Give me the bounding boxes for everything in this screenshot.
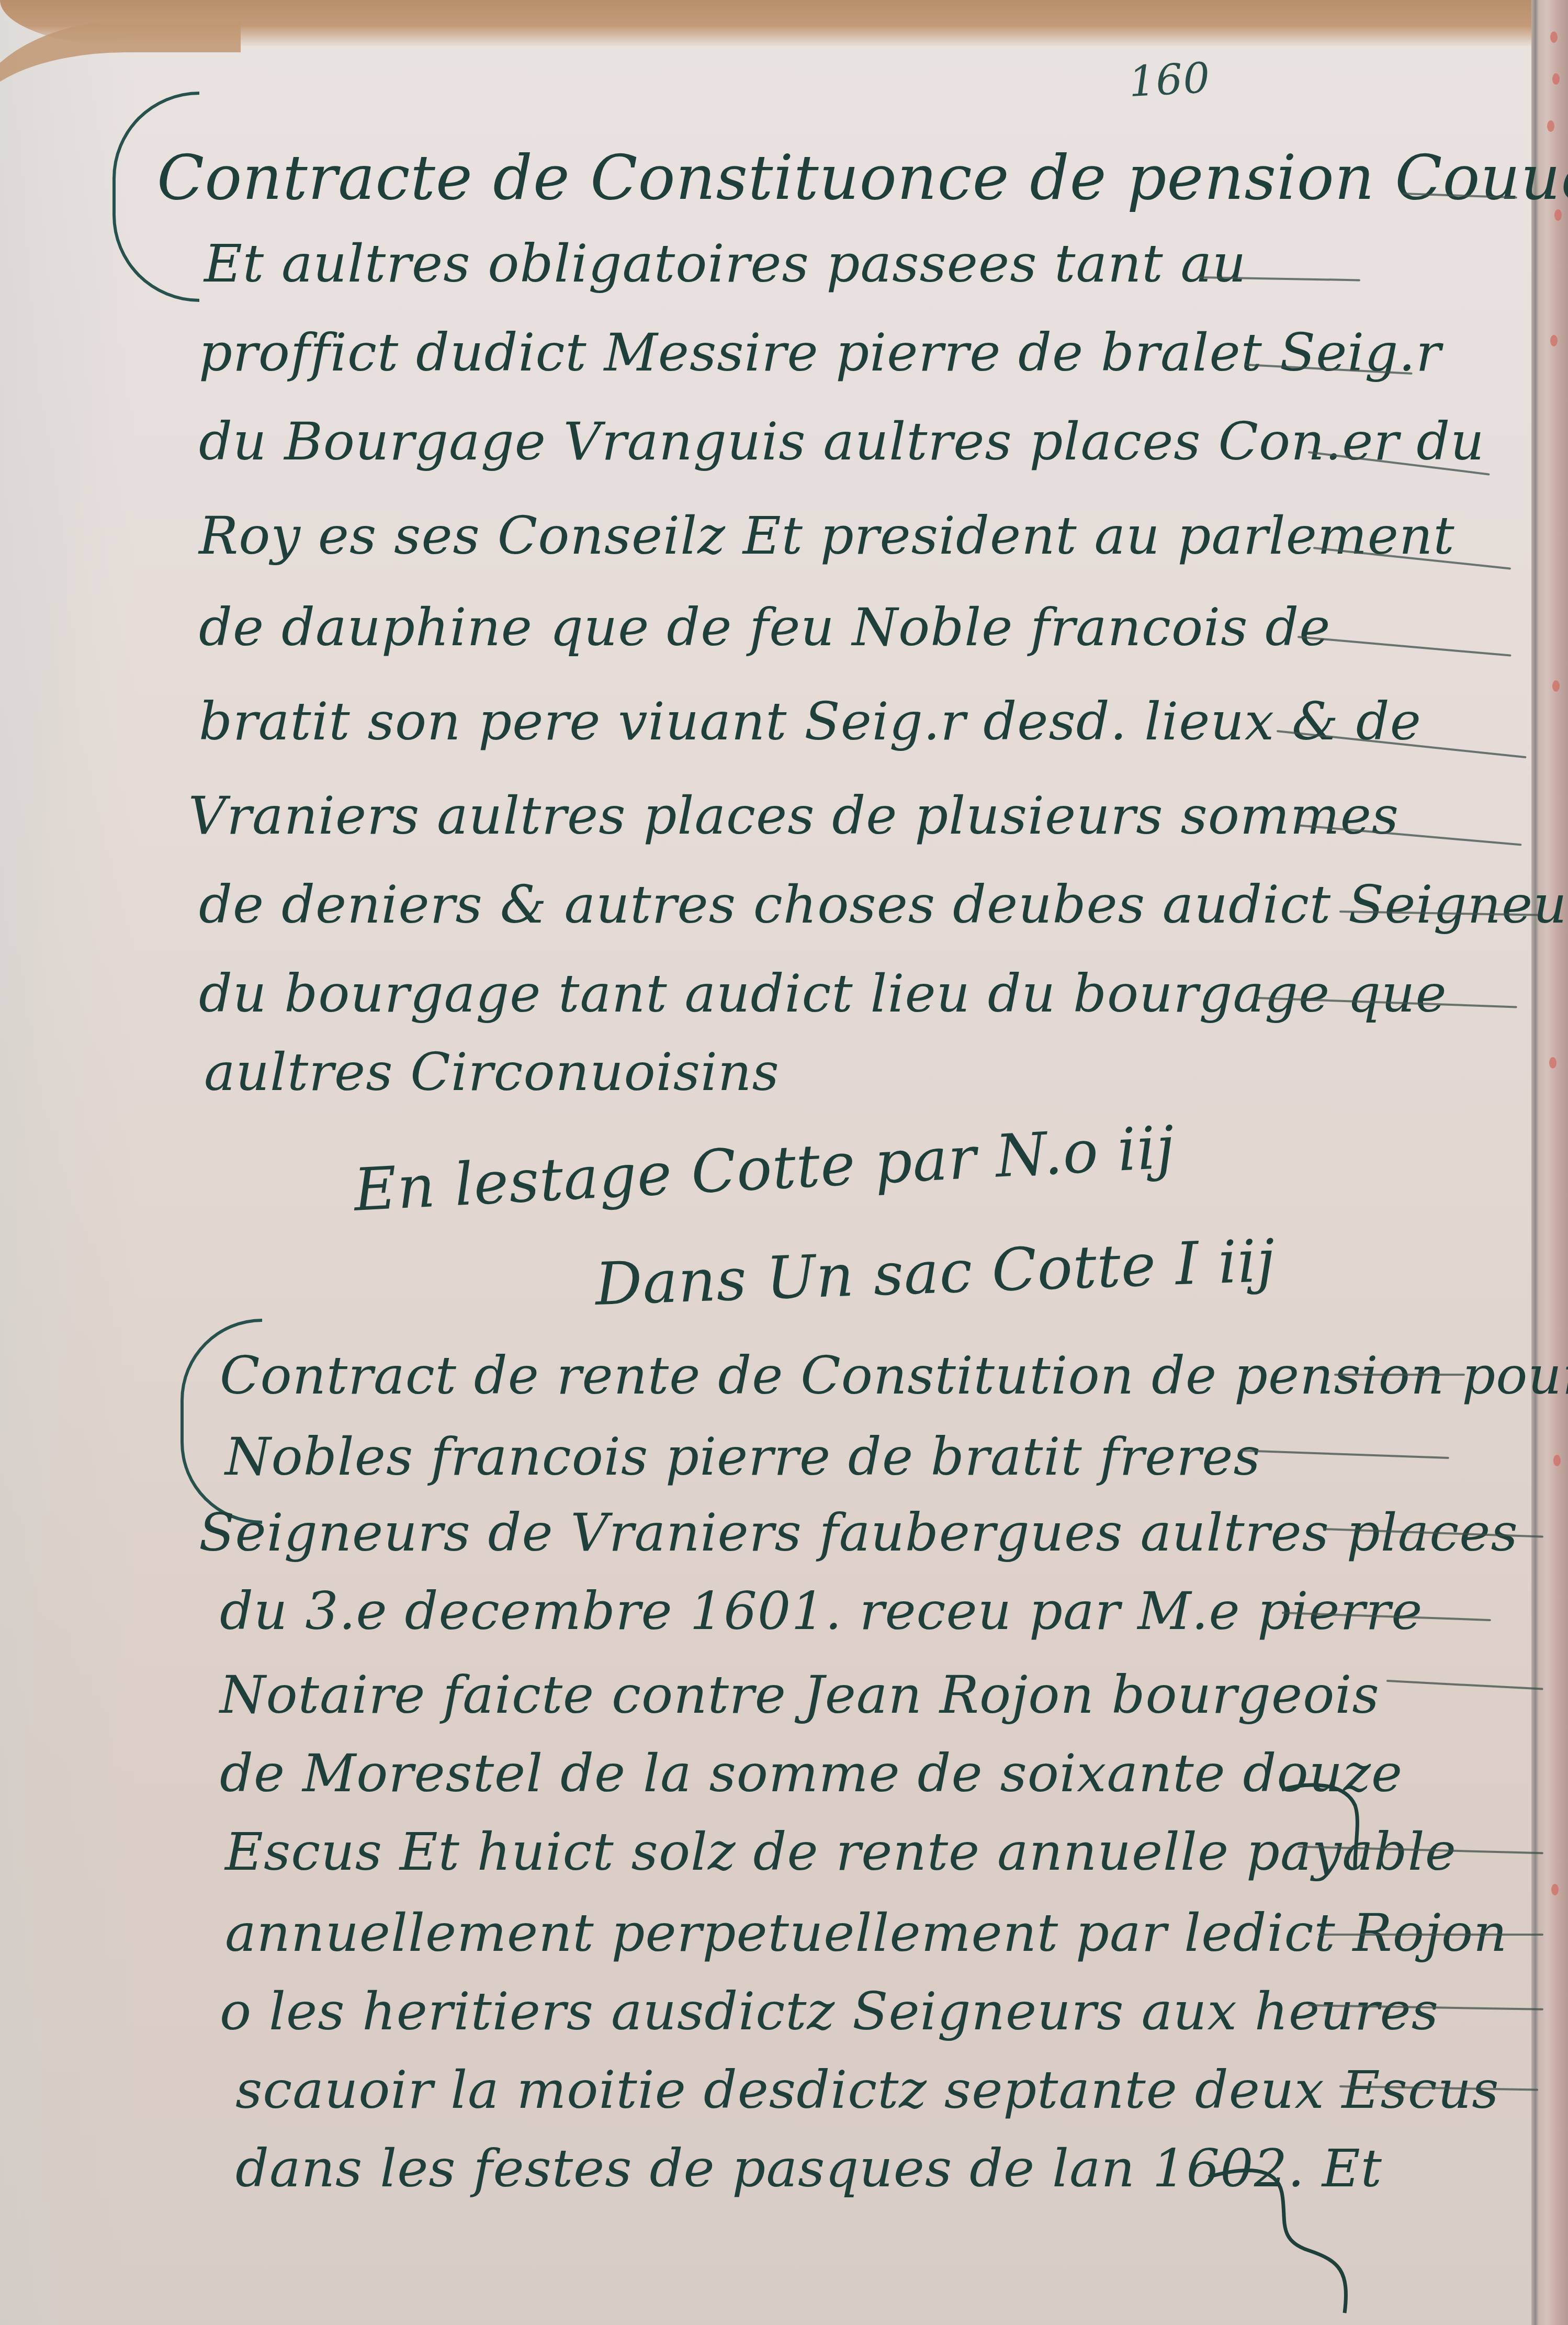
- folio-number: 160: [1127, 53, 1211, 106]
- red-speck: [1553, 1455, 1561, 1466]
- entry2-line: Notaire faicte contre Jean Rojon bourgeo…: [220, 1664, 1380, 1725]
- entry2-line: Seigneurs de Vraniers faubergues aultres…: [199, 1502, 1518, 1563]
- entry2-line: o les heritiers ausdictz Seigneurs aux h…: [220, 1981, 1439, 2042]
- bag-heading: Dans Un sac Cotte I iij: [594, 1227, 1276, 1319]
- entry2-line: annuellement perpetuellement par ledict …: [225, 1902, 1508, 1963]
- line-filler-dash: [1386, 1680, 1543, 1690]
- red-speck: [1549, 1057, 1556, 1069]
- bracket-flourish: [1277, 1769, 1381, 1873]
- entry1-line: Et aultres obligatoires passees tant au: [204, 233, 1246, 294]
- entry1-line: bratit son pere viuant Seig.r desd. lieu…: [199, 691, 1422, 752]
- entry2-line: du 3.e decembre 1601. receu par M.e pier…: [220, 1580, 1423, 1642]
- closing-brace-flourish: [1203, 2135, 1371, 2323]
- entry1-line: du bourgage tant audict lieu du bourgage…: [199, 963, 1447, 1024]
- entry2-line: Nobles francois pierre de bratit freres: [225, 1426, 1261, 1487]
- storage-heading: En lestage Cotte par N.o iij: [352, 1114, 1177, 1225]
- entry2-line: de Morestel de la somme de soixante douz…: [220, 1743, 1403, 1804]
- entry1-line: de dauphine que de feu Noble francois de: [199, 597, 1331, 658]
- entry2-line: Escus Et huict solz de rente annuelle pa…: [225, 1821, 1457, 1882]
- line-filler-dash: [1318, 1934, 1543, 1936]
- entry1-line: de deniers & autres choses deubes audict…: [199, 874, 1568, 935]
- entry1-line: aultres Circonuoisins: [204, 1041, 780, 1103]
- red-speck: [1550, 335, 1558, 346]
- red-speck: [1547, 120, 1554, 132]
- entry2-line: scauoir la moitie desdictz septante deux…: [235, 2059, 1499, 2120]
- red-speck: [1551, 1884, 1559, 1895]
- red-speck: [1550, 31, 1558, 43]
- entry1-line: du Bourgage Vranguis aultres places Con.…: [199, 411, 1485, 472]
- entry1-line: proffict dudict Messire pierre de bralet…: [199, 322, 1441, 383]
- red-speck: [1552, 73, 1560, 85]
- entry1-line: Contracte de Constituonce de pension Cou…: [157, 141, 1568, 214]
- manuscript-page: 160 Contracte de Constituonce de pension…: [0, 0, 1568, 2325]
- line-filler-dash: [1334, 1374, 1465, 1376]
- entry1-line: Vraniers aultres places de plusieurs som…: [188, 785, 1399, 846]
- book-binding-edge: [1531, 0, 1568, 2325]
- entry1-line: Roy es ses Conseilz Et president au parl…: [199, 505, 1455, 566]
- line-filler-dash: [1240, 1450, 1449, 1459]
- red-speck: [1552, 680, 1560, 692]
